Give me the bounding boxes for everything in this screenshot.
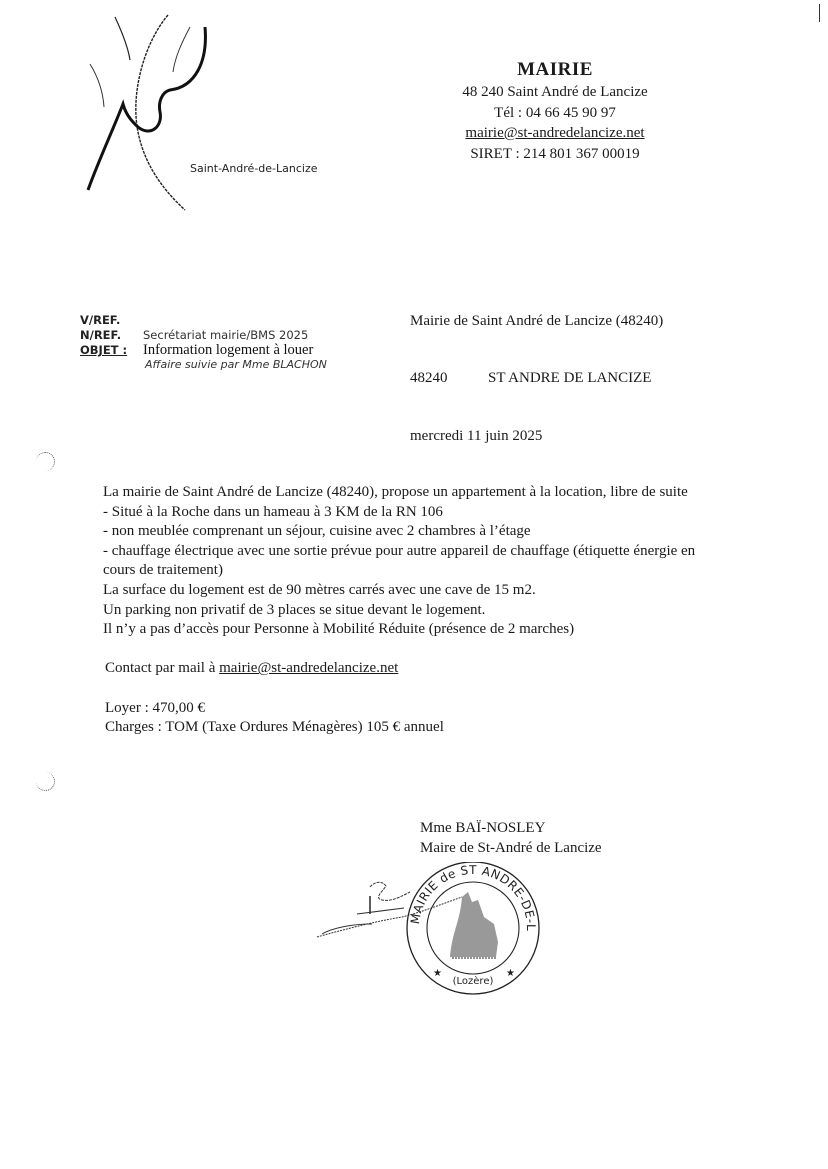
body-intro: La mairie de Saint André de Lancize (482… — [103, 483, 743, 503]
recipient-city: ST ANDRE DE LANCIZE — [488, 370, 651, 386]
saint-andre-de-lancize-logo-icon — [70, 12, 280, 227]
recipient-address: 48240ST ANDRE DE LANCIZE — [410, 370, 651, 387]
recipient-postal-code: 48240 — [410, 370, 488, 387]
affaire-suivie: Affaire suivie par Mme BLACHON — [80, 358, 327, 373]
objet-value: Information logement à louer — [143, 343, 313, 358]
header-phone: Tél : 04 66 45 90 97 — [430, 103, 680, 124]
signatory-name: Mme BAÏ-NOSLEY — [420, 818, 602, 838]
contact-line: Contact par mail à mairie@st-andredelanc… — [103, 659, 743, 679]
loyer: Loyer : 470,00 € — [103, 699, 743, 719]
logo-text: Saint-André-de-Lancize — [190, 162, 318, 175]
letter-date: mercredi 11 juin 2025 — [410, 428, 542, 445]
nref-label: N/REF. — [80, 328, 143, 343]
letter-body: La mairie de Saint André de Lancize (482… — [103, 483, 743, 738]
stamp-and-signature: MAIRIE de ST ANDRE-DE-LANCIZE (Lozère) ★… — [312, 862, 552, 997]
signatory-title: Maire de St-André de Lancize — [420, 838, 602, 858]
municipal-logo: Saint-André-de-Lancize — [70, 12, 280, 227]
body-line: Un parking non privatif de 3 places se s… — [103, 601, 743, 621]
objet-label: OBJET : — [80, 343, 143, 358]
body-bullet: - chauffage électrique avec une sortie p… — [103, 542, 718, 581]
header-title: MAIRIE — [430, 58, 680, 82]
signature-block: Mme BAÏ-NOSLEY Maire de St-André de Lanc… — [420, 818, 602, 858]
svg-text:★: ★ — [506, 968, 515, 979]
contact-prefix: Contact par mail à — [105, 660, 219, 676]
stamp-top-text: MAIRIE de ST ANDRE-DE-LANCIZE — [312, 862, 538, 932]
body-line: La surface du logement est de 90 mètres … — [103, 581, 743, 601]
recipient-name: Mairie de Saint André de Lancize (48240) — [410, 313, 663, 330]
handwritten-signature-icon — [317, 882, 462, 937]
charges: Charges : TOM (Taxe Ordures Ménagères) 1… — [103, 718, 743, 738]
header-address: 48 240 Saint André de Lancize — [430, 82, 680, 103]
mairie-header: MAIRIE 48 240 Saint André de Lancize Tél… — [430, 58, 680, 164]
svg-text:MAIRIE de ST ANDRE-DE-LANCIZE: MAIRIE de ST ANDRE-DE-LANCIZE — [312, 862, 538, 932]
scan-edge-mark — [819, 4, 820, 22]
official-seal-icon: MAIRIE de ST ANDRE-DE-LANCIZE (Lozère) ★… — [312, 862, 539, 994]
header-email-link[interactable]: mairie@st-andredelancize.net — [430, 123, 680, 144]
nref-value: Secrétariat mairie/BMS 2025 — [143, 328, 308, 343]
vref-label: V/REF. — [80, 313, 143, 328]
svg-text:★: ★ — [433, 968, 442, 979]
contact-email-link[interactable]: mairie@st-andredelancize.net — [219, 660, 398, 676]
body-bullet: - non meublée comprenant un séjour, cuis… — [103, 522, 743, 542]
hole-punch-mark-top — [36, 452, 55, 471]
body-line: Il n’y a pas d’accès pour Personne à Mob… — [103, 620, 743, 640]
body-bullet: - Situé à la Roche dans un hameau à 3 KM… — [103, 503, 743, 523]
header-siret: SIRET : 214 801 367 00019 — [430, 144, 680, 165]
references-block: V/REF. N/REF. Secrétariat mairie/BMS 202… — [80, 313, 327, 372]
stamp-bottom-text: (Lozère) — [453, 975, 494, 987]
hole-punch-mark-bottom — [36, 772, 55, 791]
